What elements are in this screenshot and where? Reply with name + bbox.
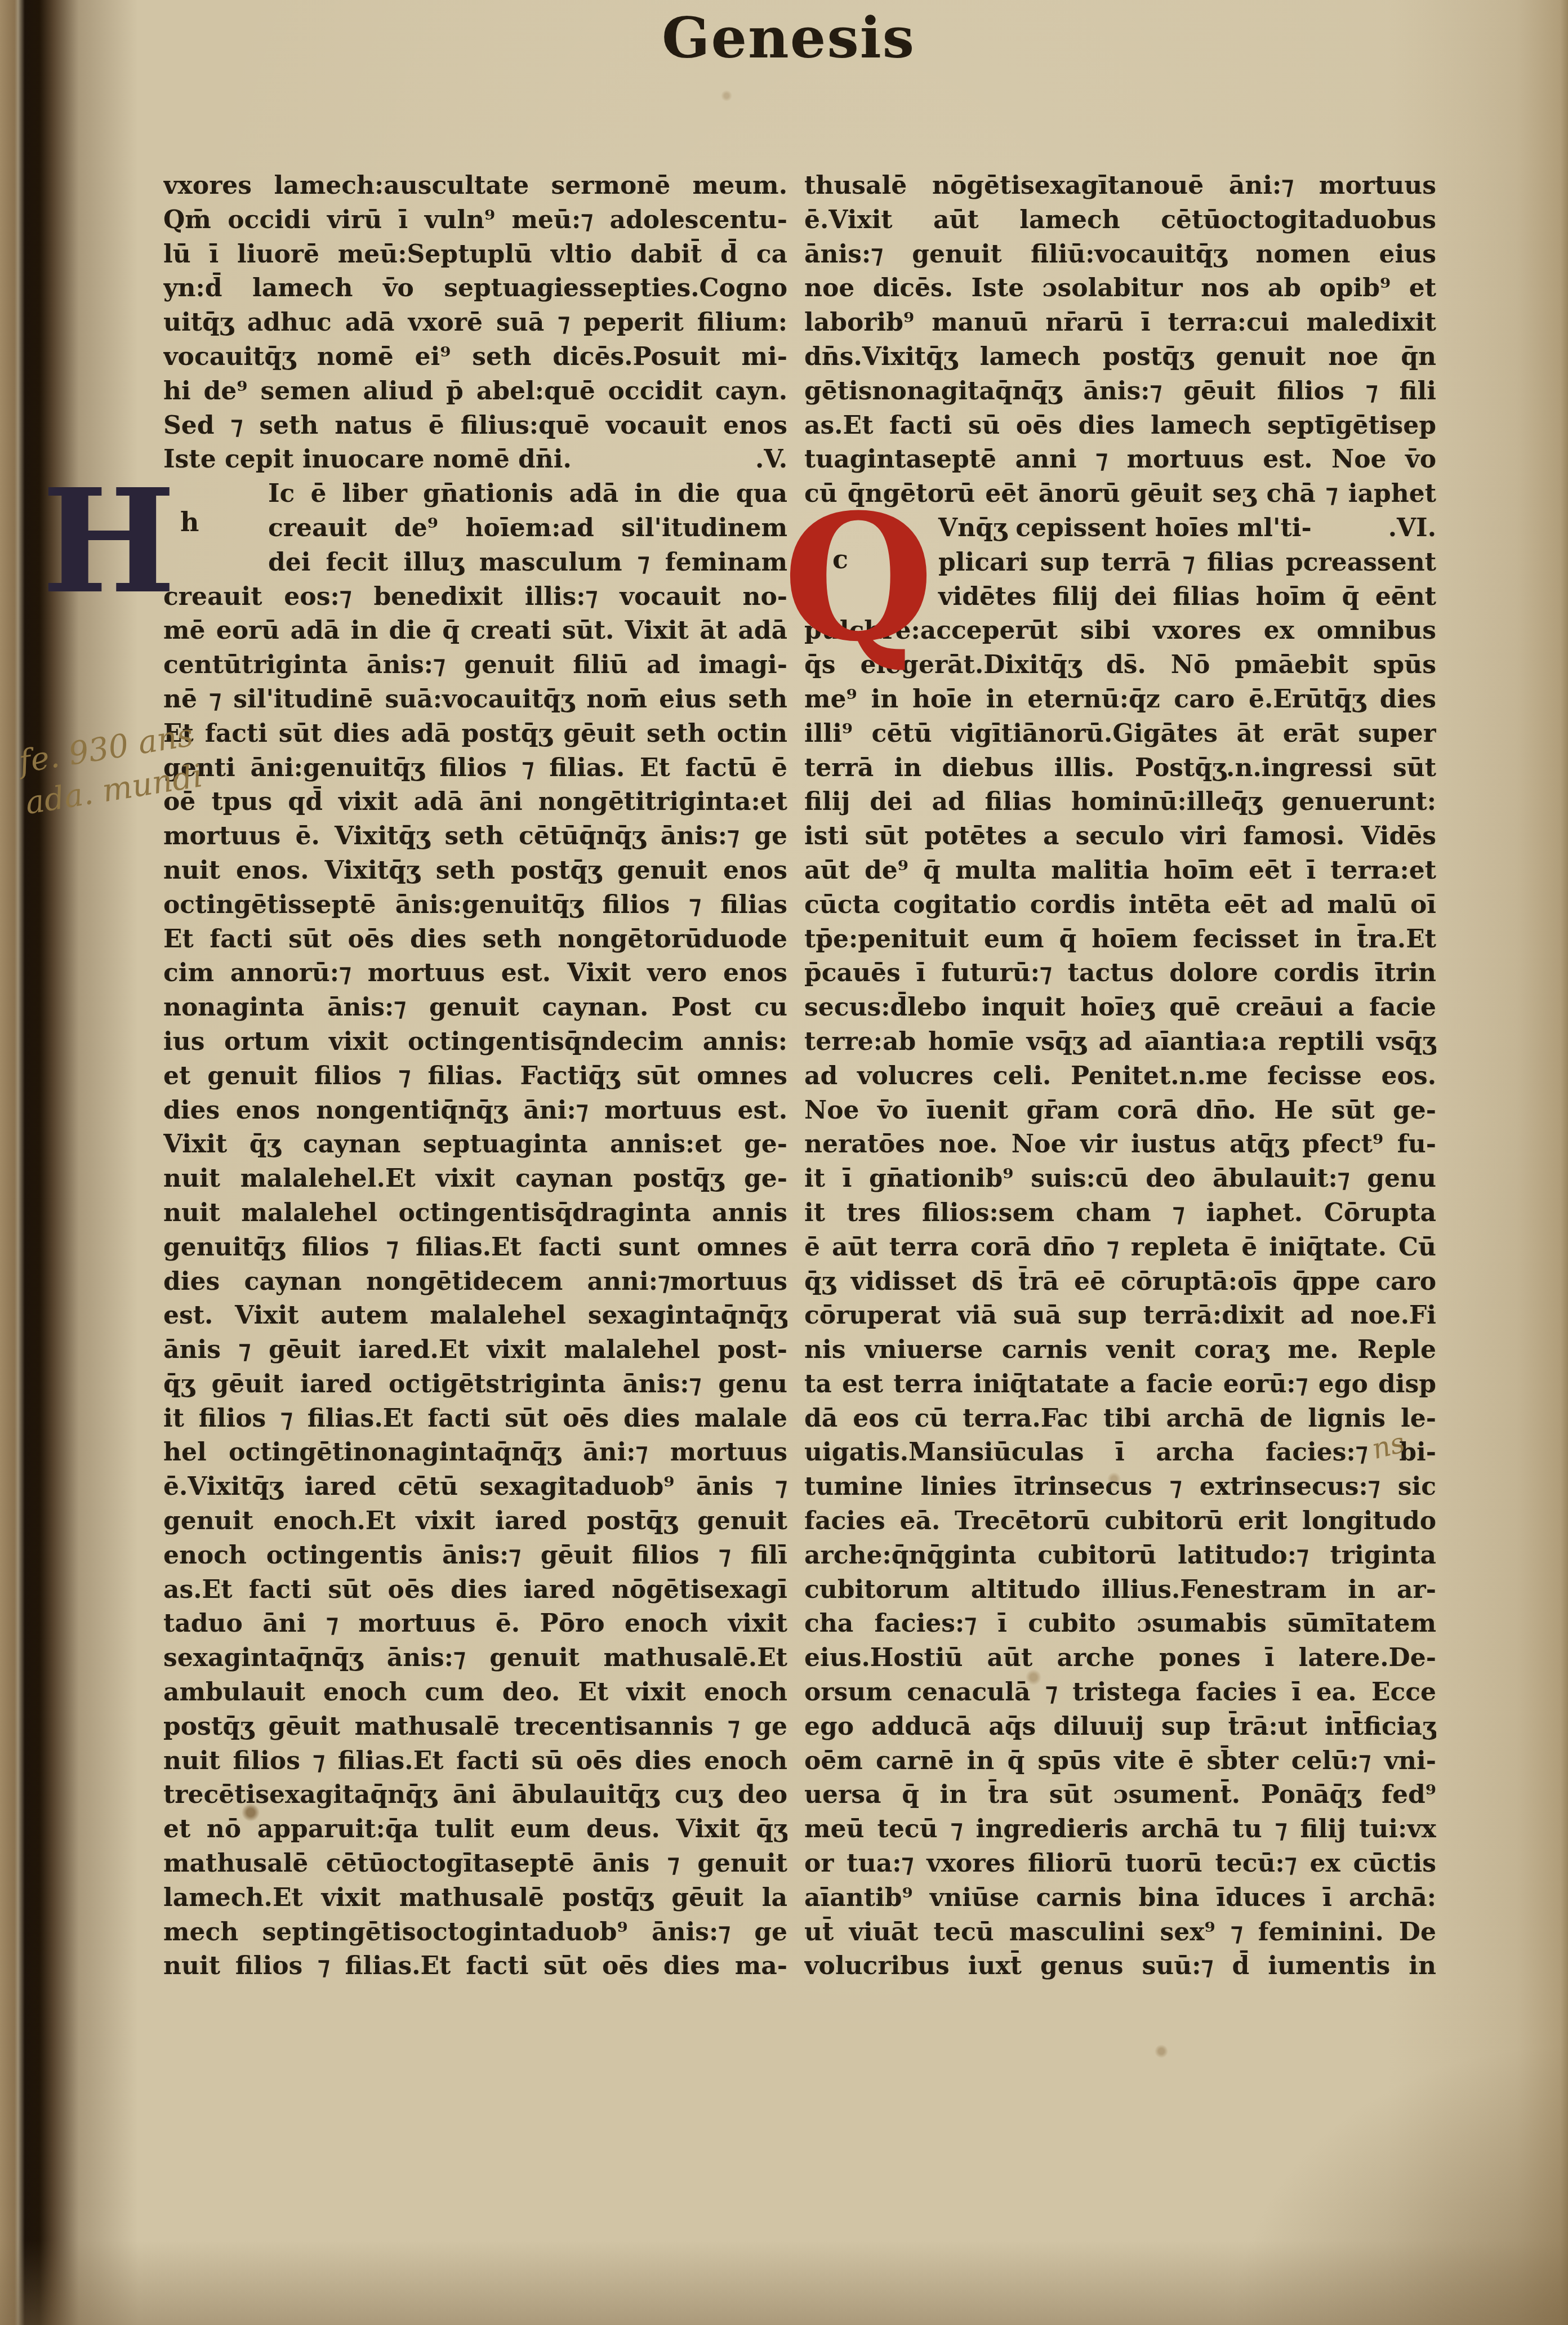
text-line: Et facti sūt oēs dies seth nongētorūduod…	[163, 923, 787, 957]
text-line: ē aūt terra corā dn̄o ⁊ repleta ē iniq̄t…	[804, 1231, 1436, 1265]
text-line: vxores lamech:auscultate sermonē meum.	[163, 169, 787, 203]
text-line: it ī gn̄ationib⁹ suis:cū deo ābulauit:⁊ …	[804, 1162, 1436, 1196]
text-line: creauit de⁹ hoīem:ad sil'itudinem	[163, 511, 787, 546]
text-line-content: Iste cepit inuocare nomē dn̄i.	[163, 443, 572, 477]
text-line: genuit enoch.Et vixit iared postq̄ʒ genu…	[163, 1504, 787, 1539]
text-line: filij dei ad filias hominū:illeq̄ʒ genue…	[804, 785, 1436, 819]
text-line: terre:ab homīe vsq̄ʒ ad aīantia:a reptil…	[804, 1025, 1436, 1059]
text-line: laborib⁹ manuū nr̄arū ī terra:cui maledi…	[804, 306, 1436, 340]
text-line: ad volucres celi. Penitet.n.me fecisse e…	[804, 1059, 1436, 1094]
text-line: it tres filios:sem cham ⁊ iaphet. Cōrupt…	[804, 1196, 1436, 1231]
text-line: Et facti sūt dies adā postq̄ʒ gēuit seth…	[163, 717, 787, 751]
text-line: nonaginta ānis:⁊ genuit caynan. Post cu	[163, 991, 787, 1025]
text-line: ta est terra iniq̄tatate a facie eorū:⁊ …	[804, 1368, 1436, 1402]
text-line: uersa q̄ in t̄ra sūt ɔsument̄. Ponāq̄ʒ f…	[804, 1778, 1436, 1812]
text-line: p̄cauēs ī futurū:⁊ tactus dolore cordis …	[804, 956, 1436, 991]
guide-letter-h: h	[180, 507, 199, 537]
chapter-numeral: .V.	[755, 443, 787, 477]
text-line: nis vniuerse carnis venit coraʒ me. Repl…	[804, 1333, 1436, 1368]
text-line: nuit enos. Vixitq̄ʒ seth postq̄ʒ genuit …	[163, 854, 787, 888]
text-column-left: vxores lamech:auscultate sermonē meum.Qm…	[163, 169, 787, 1984]
text-line: volucribus iuxt̄ genus suū:⁊ d̄ iumentis…	[804, 1949, 1436, 1984]
text-line: noe dicēs. Iste ɔsolabitur nos ab opib⁹ …	[804, 271, 1436, 306]
text-line: dies caynan nongētidecem anni:⁊mortuus	[163, 1265, 787, 1299]
text-line: cha facies:⁊ ī cubito ɔsumabis sūmītatem	[804, 1607, 1436, 1641]
incunabulum-page: Genesis vxores lamech:auscultate sermonē…	[0, 0, 1568, 2325]
text-line: lū ī liuorē meū:Septuplū vltio dabit̄ d̄…	[163, 238, 787, 272]
text-line: centūtriginta ānis:⁊ genuit filiū ad ima…	[163, 648, 787, 683]
text-line: facies eā. Trecētorū cubitorū erit longi…	[804, 1504, 1436, 1539]
text-line: orsum cenaculā ⁊ tristega facies ī ea. E…	[804, 1676, 1436, 1710]
text-line: gētisnonagitaq̄nq̄ʒ ānis:⁊ gēuit filios …	[804, 375, 1436, 409]
text-line: nuit malalehel.Et vixit caynan postq̄ʒ g…	[163, 1162, 787, 1196]
text-line: postq̄ʒ gēuit mathusalē trecentisannis ⁊…	[163, 1710, 787, 1744]
running-title: Genesis	[541, 5, 1036, 71]
drop-cap-initial-q: Q	[783, 491, 934, 665]
text-line: ius ortum vixit octingentisq̄ndecim anni…	[163, 1025, 787, 1059]
text-line: tuagintaseptē anni ⁊ mortuus est. Noe v̄…	[804, 443, 1436, 477]
text-line: it filios ⁊ filias.Et facti sūt oēs dies…	[163, 1402, 787, 1436]
text-line: genuitq̄ʒ filios ⁊ filias.Et facti sunt …	[163, 1231, 787, 1265]
text-line: hi de⁹ semen aliud p̄ abel:quē occidit c…	[163, 375, 787, 409]
guide-letter-c: c	[832, 544, 848, 574]
text-line: est. Vixit autem malalehel sexagintaq̄nq…	[163, 1299, 787, 1333]
text-line: secus:d̄lebo inquit hoīeʒ quē creāui a f…	[804, 991, 1436, 1025]
text-line: et genuit filios ⁊ filias. Factiq̄ʒ sūt …	[163, 1059, 787, 1094]
text-line: cim annorū:⁊ mortuus est. Vixit vero eno…	[163, 956, 787, 991]
text-line: thusalē nōgētisexagītanouē āni:⁊ mortuus	[804, 169, 1436, 203]
text-line: illi⁹ cētū vigītiānorū.Gigātes āt erāt s…	[804, 717, 1436, 751]
text-line: taduo āni ⁊ mortuus ē. Pōro enoch vixit	[163, 1607, 787, 1641]
page-corner-shadow	[1230, 2043, 1568, 2325]
text-line: enoch octingentis ānis:⁊ gēuit filios ⁊ …	[163, 1539, 787, 1573]
text-line: Qm̄ occidi virū ī vuln⁹ meū:⁊ adolescent…	[163, 203, 787, 238]
text-line: or tua:⁊ vxores filiorū tuorū tecū:⁊ ex …	[804, 1847, 1436, 1881]
text-line: lamech.Et vixit mathusalē postq̄ʒ gēuit …	[163, 1881, 787, 1916]
text-line: ambulauit enoch cum deo. Et vixit enoch	[163, 1676, 787, 1710]
text-line: mech septingētisoctogintaduob⁹ ānis:⁊ ge	[163, 1916, 787, 1950]
text-line: yn:d̄ lamech v̄o septuagiessepties.Cogno	[163, 271, 787, 306]
text-line: mē eorū adā in die q̄ creati sūt. Vixit …	[163, 614, 787, 648]
text-line: sexagintaq̄nq̄ʒ ānis:⁊ genuit mathusalē.…	[163, 1641, 787, 1676]
text-line: mathusalē cētūoctogītaseptē ānis ⁊ genui…	[163, 1847, 787, 1881]
text-line-content: Vnq̄ʒ cepissent hoīes ml'ti-	[938, 511, 1312, 546]
text-line: hel octingētinonagintaq̄nq̄ʒ āni:⁊ mortu…	[163, 1436, 787, 1470]
text-line: q̄ʒ vidisset ds̄ t̄rā eē cōruptā:oīs q̄p…	[804, 1265, 1436, 1299]
text-line: ut̄ viuāt tecū masculini sex⁹ ⁊ feminini…	[804, 1916, 1436, 1950]
text-line: tumine linies ītrinsecus ⁊ extrinsecus:⁊…	[804, 1470, 1436, 1504]
text-line: tp̄e:penituit eum q̄ hoīem fecisset in t…	[804, 923, 1436, 957]
text-line: ānis:⁊ genuit filiū:vocauitq̄ʒ nomen eiu…	[804, 238, 1436, 272]
text-line: Sed ⁊ seth natus ē filius:quē vocauit en…	[163, 409, 787, 443]
text-line: terrā in diebus illis. Postq̄ʒ.n.ingress…	[804, 751, 1436, 786]
text-line: trecētisexagitaq̄nq̄ʒ āni ābulauitq̄ʒ cu…	[163, 1778, 787, 1812]
text-line: Iste cepit inuocare nomē dn̄i..V.	[163, 443, 787, 477]
text-line: eius.Hostiū aūt arche pones ī latere.De-	[804, 1641, 1436, 1676]
text-line: vocauitq̄ʒ nomē ei⁹ seth dicēs.Posuit mi…	[163, 340, 787, 375]
text-line: octingētisseptē ānis:genuitq̄ʒ filios ⁊ …	[163, 888, 787, 923]
text-line: nē ⁊ sil'itudinē suā:vocauitq̄ʒ nom̄ eiu…	[163, 683, 787, 717]
text-line: as.Et facti sūt oēs dies iared nōgētisex…	[163, 1573, 787, 1607]
text-line: cubitorum altitudo illius.Fenestram in a…	[804, 1573, 1436, 1607]
text-line: cūcta cogitatio cordis intēta eēt ad mal…	[804, 888, 1436, 923]
page-bottom-shading	[0, 2241, 1568, 2325]
text-line: nuit filios ⁊ filias.Et facti sū oēs die…	[163, 1744, 787, 1779]
text-line: isti sūt potētes a seculo viri famosi. V…	[804, 819, 1436, 854]
text-line: uitq̄ʒ adhuc adā vxorē suā ⁊ peperit fil…	[163, 306, 787, 340]
text-line: Vixit q̄ʒ caynan septuaginta annis:et ge…	[163, 1128, 787, 1162]
text-line: dā eos cū terra.Fac tibi archā de lignis…	[804, 1402, 1436, 1436]
text-line: q̄ʒ gēuit iared octigētstriginta ānis:⁊ …	[163, 1368, 787, 1402]
text-line: aūt de⁹ q̄ multa malitia hoīm eēt ī terr…	[804, 854, 1436, 888]
text-line: meū tecū ⁊ ingredieris archā tu ⁊ filij …	[804, 1812, 1436, 1847]
text-line: nuit malalehel octingentisq̄draginta ann…	[163, 1196, 787, 1231]
chapter-numeral: .VI.	[1388, 511, 1436, 546]
text-line: arche:q̄nq̄ginta cubitorū latitudo:⁊ tri…	[804, 1539, 1436, 1573]
text-line: cōruperat viā suā sup terrā:dixit ad noe…	[804, 1299, 1436, 1333]
text-line: me⁹ in hoīe in eternū:q̄z caro ē.Erūtq̄ʒ…	[804, 683, 1436, 717]
text-line: Noe v̄o īuenit gr̄am corā dn̄o. He sūt g…	[804, 1094, 1436, 1128]
text-line: neratōes noe. Noe vir iustus atq̄ʒ pfect…	[804, 1128, 1436, 1162]
text-line: dn̄s.Vixitq̄ʒ lamech postq̄ʒ genuit noe …	[804, 340, 1436, 375]
text-line: Ic ē liber gn̄ationis adā in die qua	[163, 477, 787, 511]
text-line: oē tpus qd̄ vixit adā āni nongētitrigint…	[163, 785, 787, 819]
text-line: genti āni:genuitq̄ʒ filios ⁊ filias. Et …	[163, 751, 787, 786]
text-line: et nō apparuit:q̄a tulit eum deus. Vixit…	[163, 1812, 787, 1847]
text-line: ego adducā aq̄s diluuij sup t̄rā:ut int̄…	[804, 1710, 1436, 1744]
drop-cap-initial-h: H	[42, 471, 176, 613]
text-line: aīantib⁹ vniūse carnis bina īduces ī arc…	[804, 1881, 1436, 1916]
text-line: uigatis.Mansiūculas ī archa facies:⁊ bi-	[804, 1436, 1436, 1470]
text-line: dies enos nongentiq̄nq̄ʒ āni:⁊ mortuus e…	[163, 1094, 787, 1128]
text-line: as.Et facti sū oēs dies lamech septīgēti…	[804, 409, 1436, 443]
text-line: ē.Vixit aūt lamech cētūoctogitaduobus	[804, 203, 1436, 238]
text-line: dei fecit illuʒ masculum ⁊ feminam	[163, 546, 787, 580]
text-line: ānis ⁊ gēuit iared.Et vixit malalehel po…	[163, 1333, 787, 1368]
text-line: ē.Vixitq̄ʒ iared cētū sexagitaduob⁹ ānis…	[163, 1470, 787, 1504]
text-line: creauit eos:⁊ benedixit illis:⁊ vocauit …	[163, 580, 787, 614]
text-line: oēm carnē in q̄ spūs vite ē sb̄ter celū:…	[804, 1744, 1436, 1779]
text-column-right: thusalē nōgētisexagītanouē āni:⁊ mortuus…	[804, 169, 1436, 1984]
text-line: nuit filios ⁊ filias.Et facti sūt oēs di…	[163, 1949, 787, 1984]
text-line: mortuus ē. Vixitq̄ʒ seth cētūq̄nq̄ʒ ānis…	[163, 819, 787, 854]
